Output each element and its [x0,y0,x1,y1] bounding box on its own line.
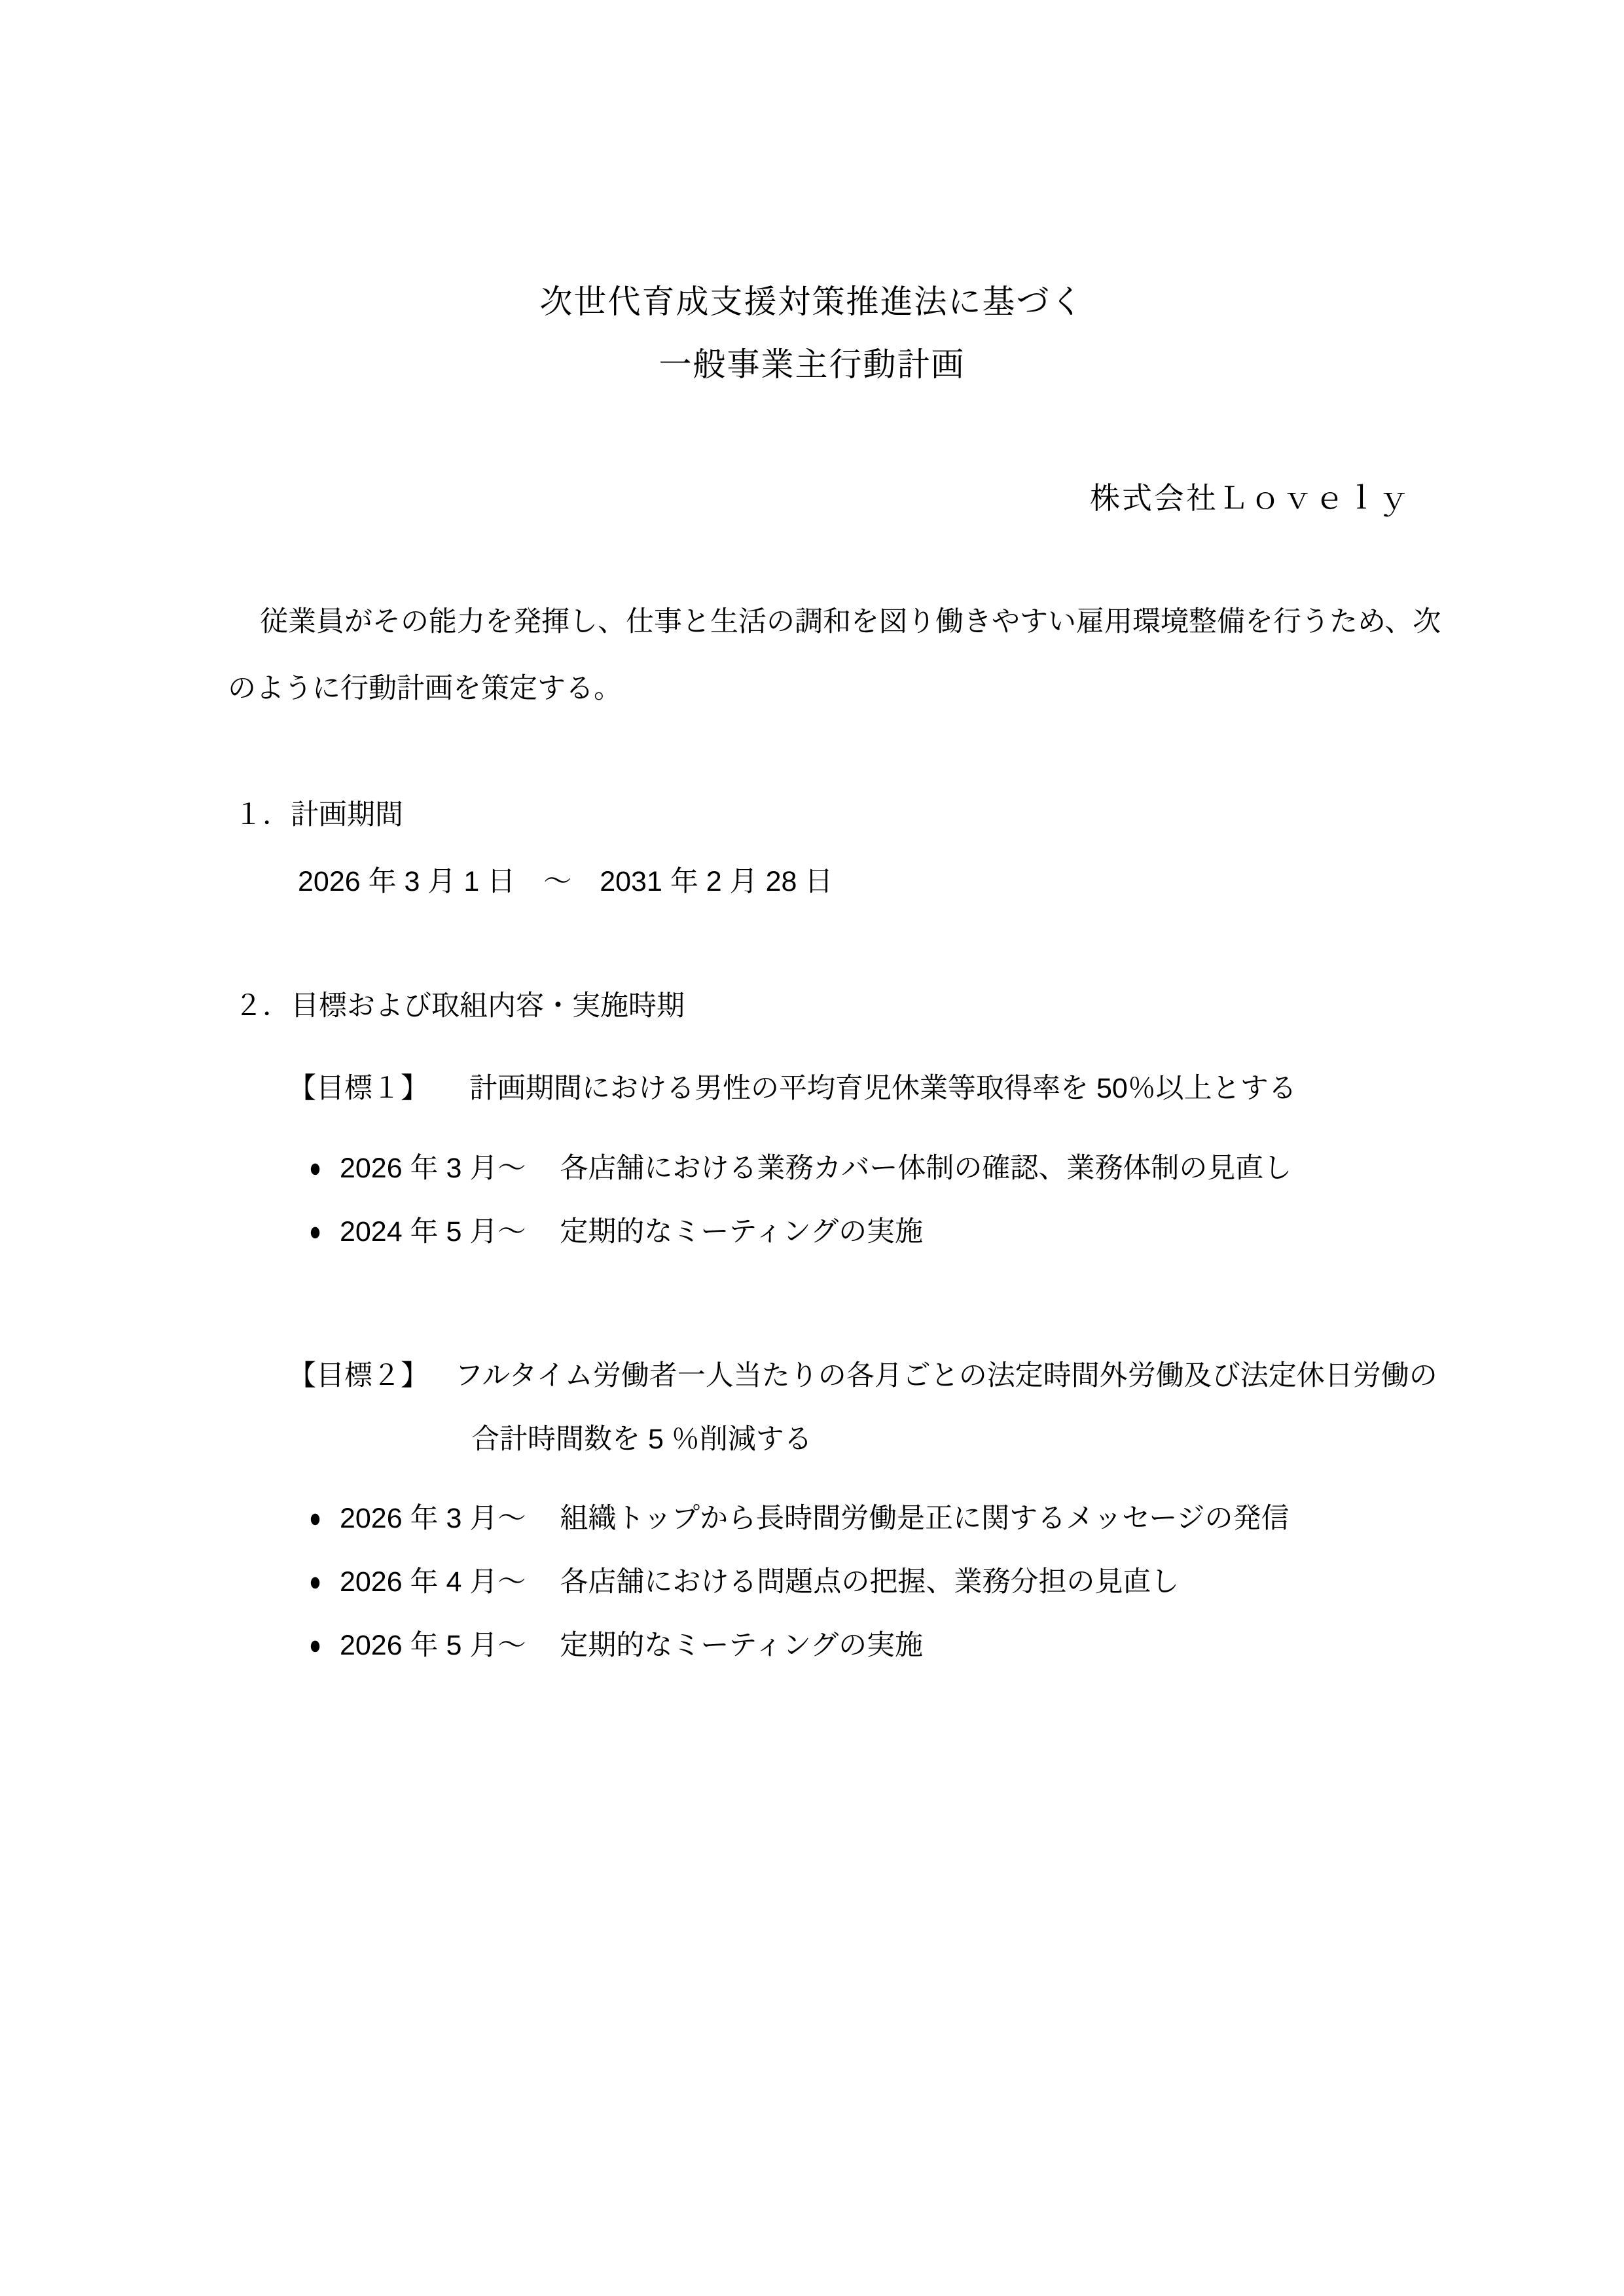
bullet-text: 定期的なミーティングの実施 [560,1628,923,1664]
bullet-icon: ● [309,1502,321,1535]
bullet-icon: ● [309,1215,321,1249]
goal1-label: 【目標１】 [288,1073,429,1104]
bullet-date: 2026 年 5 月～ [340,1628,526,1664]
goal2-label: 【目標２】 [288,1360,429,1391]
intro-paragraph-line2: のように行動計画を策定する。 [228,672,622,707]
bullet-date: 2026 年 4 月～ [340,1565,526,1600]
intro-paragraph-line1: 従業員がその能力を発揮し、仕事と生活の調和を図り働きやすい雇用環境整備を行うため… [260,605,1441,640]
goal2-list-item: ● 2026 年 4 月～ 各店舗における問題点の把握、業務分担の見直し [308,1565,1179,1600]
bullet-icon: ● [309,1152,321,1185]
goal1-list-item: ● 2024 年 5 月～ 定期的なミーティングの実施 [308,1215,923,1250]
goal2-heading-line1: 【目標２】フルタイム労働者一人当たりの各月ごとの法定時間外労働及び法定休日労働の [288,1359,1437,1394]
bullet-text: 各店舗における業務カバー体制の確認、業務体制の見直し [560,1151,1291,1187]
bullet-date: 2026 年 3 月～ [340,1501,526,1537]
section2-heading: ２．目標および取組内容・実施時期 [234,989,685,1024]
goal2-list-item: ● 2026 年 5 月～ 定期的なミーティングの実施 [308,1628,923,1664]
bullet-date: 2024 年 5 月～ [340,1215,526,1250]
section1-heading: １．計画期間 [234,798,403,833]
bullet-text: 定期的なミーティングの実施 [560,1215,923,1250]
bullet-text: 組織トップから長時間労働是正に関するメッセージの発信 [560,1501,1289,1537]
plan-period: 2026 年 3 月 1 日 ～ 2031 年 2 月 28 日 [298,865,833,900]
goal1-list-item: ● 2026 年 3 月～ 各店舗における業務カバー体制の確認、業務体制の見直し [308,1151,1291,1187]
company-name: 株式会社Ｌｏｖｅｌｙ [1090,480,1411,518]
goal2-heading-line2: 合計時間数を 5 ％削減する [471,1422,812,1458]
bullet-text: 各店舗における問題点の把握、業務分担の見直し [560,1565,1179,1600]
goal1-text: 計画期間における男性の平均育児休業等取得率を 50％以上とする [469,1073,1297,1104]
document-page: 次世代育成支援対策推進法に基づく 一般事業主行動計画 株式会社Ｌｏｖｅｌｙ 従業… [0,0,1624,2296]
document-title-line2: 一般事業主行動計画 [0,344,1624,386]
bullet-icon: ● [309,1566,321,1599]
bullet-icon: ● [309,1629,321,1662]
goal2-list-item: ● 2026 年 3 月～ 組織トップから長時間労働是正に関するメッセージの発信 [308,1501,1290,1537]
goal1-heading: 【目標１】計画期間における男性の平均育児休業等取得率を 50％以上とする [288,1071,1297,1107]
document-title-line1: 次世代育成支援対策推進法に基づく [0,281,1624,323]
goal2-text-line1: フルタイム労働者一人当たりの各月ごとの法定時間外労働及び法定休日労働の [455,1360,1437,1391]
bullet-date: 2026 年 3 月～ [340,1151,526,1187]
